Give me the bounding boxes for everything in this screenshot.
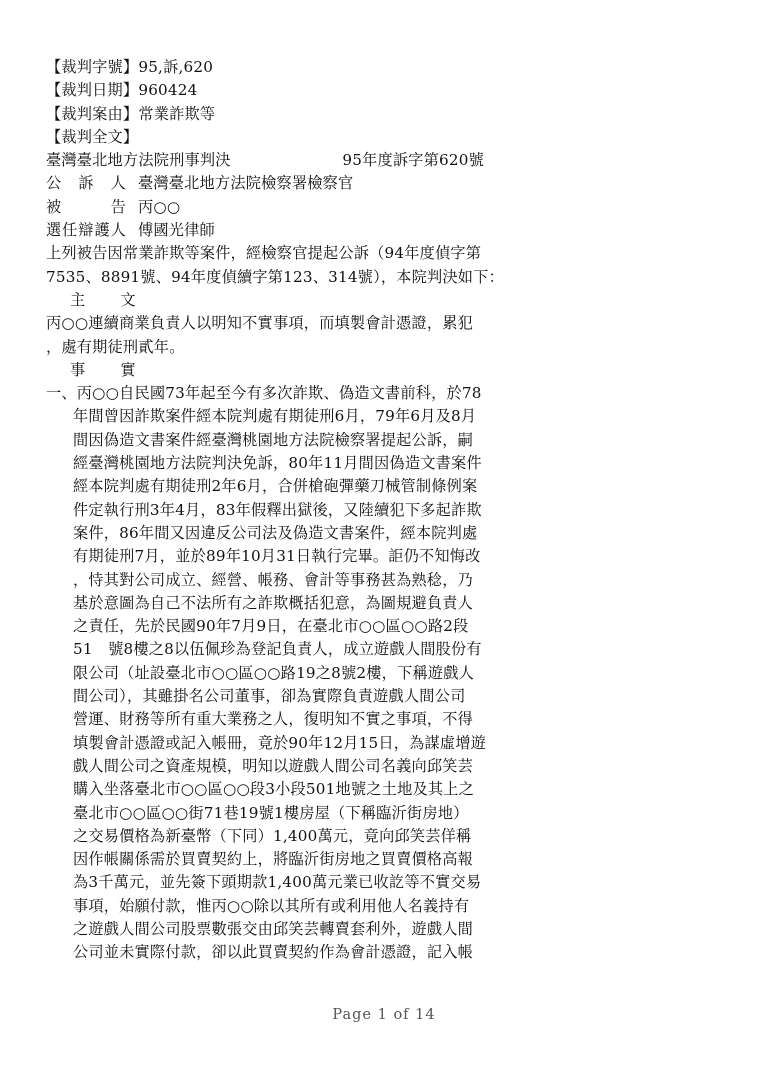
- facts-line: 臺北市○○區○○街71巷19號1樓房屋（下稱臨沂街房地）: [46, 802, 486, 825]
- facts-line: 51 號8樓之8以伍佩珍為登記負責人，成立遊戲人間股份有: [46, 638, 486, 661]
- party-value: 臺灣臺北地方法院檢察署檢察官: [138, 172, 353, 195]
- field-label: 【裁判全文】: [46, 128, 138, 146]
- facts-line: 經本院判處有期徒刑2年6月，合併槍砲彈藥刀械管制條例案: [46, 475, 486, 498]
- field-value: 常業詐欺等: [138, 105, 215, 123]
- facts-line: 戲人間公司之資產規模，明知以遊戲人間公司名義向邱笑芸: [46, 755, 486, 778]
- court-title-line: 臺灣臺北地方法院刑事判決 95年度訴字第620號: [46, 149, 484, 172]
- facts-line: 基於意圖為自己不法所有之詐欺概括犯意，為圖規避負責人: [46, 592, 486, 615]
- header-field-full-text: 【裁判全文】: [46, 126, 486, 149]
- facts-line: 公司並未實際付款，卻以此買賣契約作為會計憑證，記入帳: [46, 941, 486, 964]
- party-label: 被告: [46, 196, 138, 219]
- facts-line: 件定執行刑3年4月，83年假釋出獄後，又陸續犯下多起詐欺: [46, 499, 486, 522]
- facts-line: 購入坐落臺北市○○區○○段3小段501地號之土地及其上之: [46, 778, 486, 801]
- field-label: 【裁判日期】: [46, 81, 138, 99]
- facts-line: 事項，始願付款，惟丙○○除以其所有或利用他人名義持有: [46, 895, 486, 918]
- intro-line: 7535、8891號、94年度偵續字第123、314號），本院判決如下：: [46, 266, 486, 289]
- facts-line: 間因偽造文書案件經臺灣桃園地方法院檢察署提起公訴，嗣: [46, 429, 486, 452]
- facts-body: 年間曾因詐欺案件經本院判處有期徒刑6月，79年6月及8月 間因偽造文書案件經臺灣…: [46, 405, 486, 964]
- facts-line: 年間曾因詐欺案件經本院判處有期徒刑6月，79年6月及8月: [46, 405, 486, 428]
- party-defense-counsel: 選任辯護人 傅國光律師: [46, 219, 486, 242]
- main-text-line: ，處有期徒刑貳年。: [46, 336, 486, 359]
- facts-line: 經臺灣桃園地方法院判決免訴，80年11月間因偽造文書案件: [46, 452, 486, 475]
- facts-heading: 事 實: [46, 359, 486, 382]
- facts-line: 有期徒刑7月，並於89年10月31日執行完畢。詎仍不知悔改: [46, 545, 486, 568]
- court-name: 臺灣臺北地方法院刑事判決: [46, 149, 231, 172]
- main-text-heading: 主 文: [46, 289, 486, 312]
- party-label: 選任辯護人: [46, 219, 138, 242]
- field-value: 960424: [138, 81, 197, 99]
- header-field-case-number: 【裁判字號】95,訴,620: [46, 56, 486, 79]
- facts-line: 為3千萬元，並先簽下頭期款1,400萬元業已收訖等不實交易: [46, 871, 486, 894]
- facts-line: 限公司（址設臺北市○○區○○路19之8號2樓，下稱遊戲人: [46, 662, 486, 685]
- party-label: 公訴人: [46, 172, 138, 195]
- facts-line: 營運、財務等所有重大業務之人，復明知不實之事項，不得: [46, 708, 486, 731]
- field-label: 【裁判案由】: [46, 105, 138, 123]
- page-number-footer: Page 1 of 14: [0, 1007, 768, 1023]
- party-prosecutor: 公訴人 臺灣臺北地方法院檢察署檢察官: [46, 172, 486, 195]
- document-page: 【裁判字號】95,訴,620 【裁判日期】960424 【裁判案由】常業詐欺等 …: [46, 56, 486, 965]
- intro-line: 上列被告因常業詐欺等案件，經檢察官提起公訴（94年度偵字第: [46, 242, 486, 265]
- facts-line: 間公司），其雖掛名公司董事，卻為實際負責遊戲人間公司: [46, 685, 486, 708]
- facts-line: 之遊戲人間公司股票數張交由邱笑芸轉賣套利外，遊戲人間: [46, 918, 486, 941]
- facts-line: 之交易價格為新臺幣（下同）1,400萬元，竟向邱笑芸佯稱: [46, 825, 486, 848]
- main-text-line: 丙○○連續商業負責人以明知不實事項，而填製會計憑證，累犯: [46, 312, 486, 335]
- header-field-date: 【裁判日期】960424: [46, 79, 486, 102]
- header-field-cause: 【裁判案由】常業詐欺等: [46, 103, 486, 126]
- facts-line: ，恃其對公司成立、經營、帳務、會計等事務甚為熟稔，乃: [46, 569, 486, 592]
- facts-line: 填製會計憑證或記入帳冊，竟於90年12月15日，為謀虛增遊: [46, 732, 486, 755]
- party-defendant: 被告 丙○○: [46, 196, 486, 219]
- case-number: 95年度訴字第620號: [342, 149, 484, 172]
- party-value: 傅國光律師: [138, 219, 215, 242]
- facts-line: 之責任，先於民國90年7月9日，在臺北市○○區○○路2段: [46, 615, 486, 638]
- facts-first-line: 一、丙○○自民國73年起至今有多次詐欺、偽造文書前科，於78: [46, 382, 486, 405]
- facts-line: 因作帳關係需於買賣契約上，將臨沂街房地之買賣價格高報: [46, 848, 486, 871]
- facts-line: 案件，86年間又因違反公司法及偽造文書案件，經本院判處: [46, 522, 486, 545]
- field-label: 【裁判字號】: [46, 58, 138, 76]
- party-value: 丙○○: [138, 196, 180, 219]
- field-value: 95,訴,620: [138, 58, 213, 76]
